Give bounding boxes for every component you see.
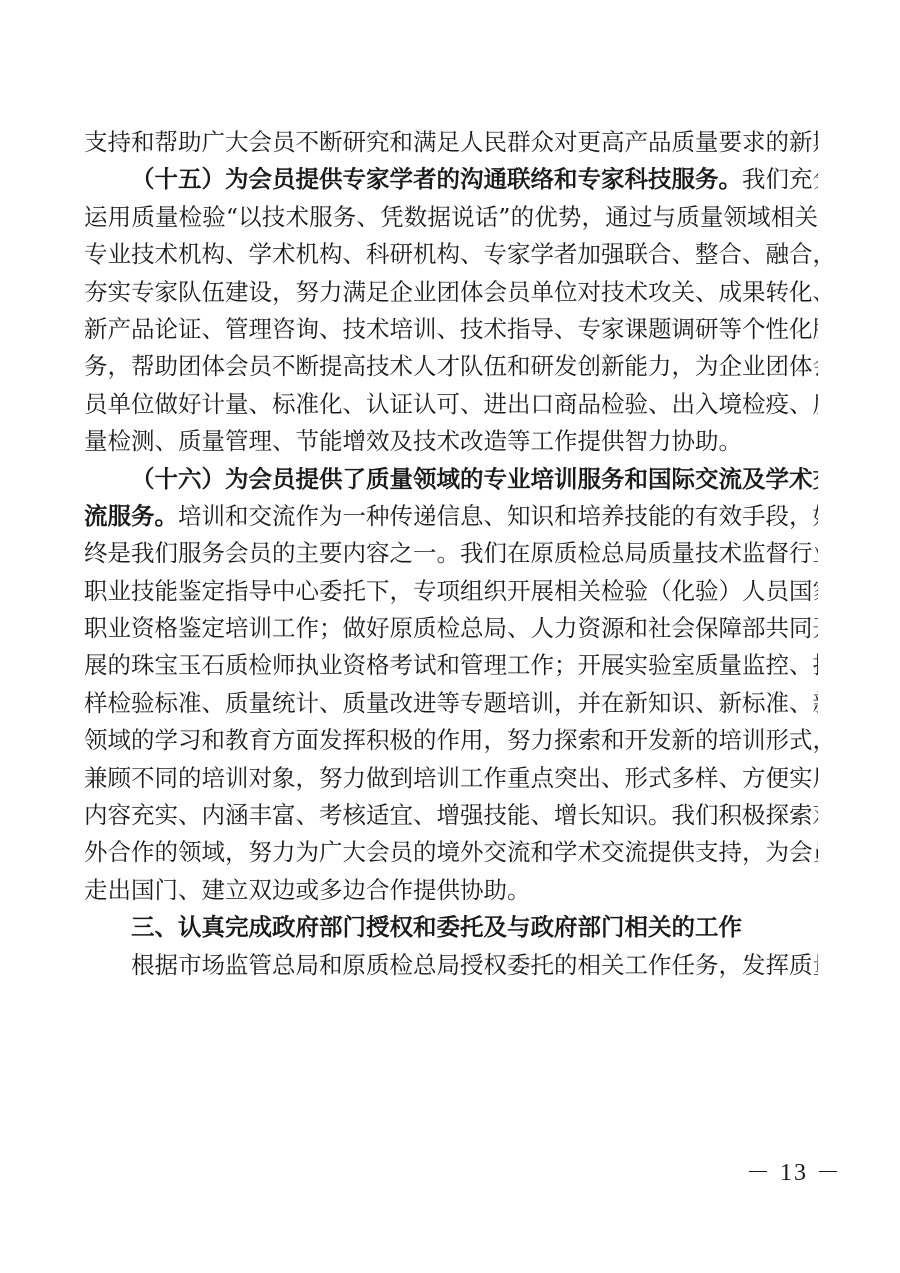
paragraph-line: 走出国门、建立双边或多边合作提供协助。	[84, 872, 818, 909]
section-16-heading: （十六）为会员提供了质量领域的专业培训服务和国际交流及学术交	[131, 465, 818, 493]
paragraph-line: 终是我们服务会员的主要内容之一。我们在原质检总局质量技术监督行业	[84, 535, 818, 572]
section-16-title-line: （十六）为会员提供了质量领域的专业培训服务和国际交流及学术交	[84, 461, 818, 498]
section-16-heading-cont: 流服务。	[84, 502, 178, 530]
paragraph-line: 内容充实、内涵丰富、考核适宜、增强技能、增长知识。我们积极探索对	[84, 797, 818, 834]
paragraph-line: 样检验标准、质量统计、质量改进等专题培训，并在新知识、新标准、新	[84, 685, 818, 722]
paragraph-line: 展的珠宝玉石质检师执业资格考试和管理工作；开展实验室质量监控、抽	[84, 647, 818, 684]
paragraph-line: 兼顾不同的培训对象，努力做到培训工作重点突出、形式多样、方便实用、	[84, 760, 818, 797]
paragraph-line: 根据市场监管总局和原质检总局授权委托的相关工作任务，发挥质量	[84, 947, 818, 984]
paragraph-line: 职业技能鉴定指导中心委托下，专项组织开展相关检验（化验）人员国家	[84, 573, 818, 610]
document-page: 支持和帮助广大会员不断研究和满足人民群众对更高产品质量要求的新期待。 （十五）为…	[84, 124, 818, 984]
paragraph-line: 支持和帮助广大会员不断研究和满足人民群众对更高产品质量要求的新期待。	[84, 124, 818, 161]
paragraph-line: 职业资格鉴定培训工作；做好原质检总局、人力资源和社会保障部共同开	[84, 610, 818, 647]
paragraph-line: 夯实专家队伍建设，努力满足企业团体会员单位对技术攻关、成果转化、	[84, 274, 818, 311]
section-15-heading: （十五）为会员提供专家学者的沟通联络和专家科技服务。	[131, 165, 742, 193]
paragraph-line: 领域的学习和教育方面发挥积极的作用，努力探索和开发新的培训形式，	[84, 722, 818, 759]
paragraph-line: 流服务。培训和交流作为一种传递信息、知识和培养技能的有效手段，始	[84, 498, 818, 535]
section-15-title-line: （十五）为会员提供专家学者的沟通联络和专家科技服务。我们充分	[84, 161, 818, 198]
paragraph-line: 量检测、质量管理、节能增效及技术改造等工作提供智力协助。	[84, 423, 818, 460]
paragraph-line: 专业技术机构、学术机构、科研机构、专家学者加强联合、整合、融合，	[84, 236, 818, 273]
page-number: － 13 －	[746, 1152, 842, 1187]
paragraph-line: 员单位做好计量、标准化、认证认可、进出口商品检验、出入境检疫、质	[84, 386, 818, 423]
paragraph-line: 务，帮助团体会员不断提高技术人才队伍和研发创新能力，为企业团体会	[84, 348, 818, 385]
paragraph-line: 运用质量检验“以技术服务、凭数据说话”的优势，通过与质量领域相关	[84, 199, 818, 236]
paragraph-line: 外合作的领域，努力为广大会员的境外交流和学术交流提供支持，为会员	[84, 834, 818, 871]
paragraph-line: 新产品论证、管理咨询、技术培训、技术指导、专家课题调研等个性化服	[84, 311, 818, 348]
chapter-3-heading: 三、认真完成政府部门授权和委托及与政府部门相关的工作	[84, 909, 818, 946]
